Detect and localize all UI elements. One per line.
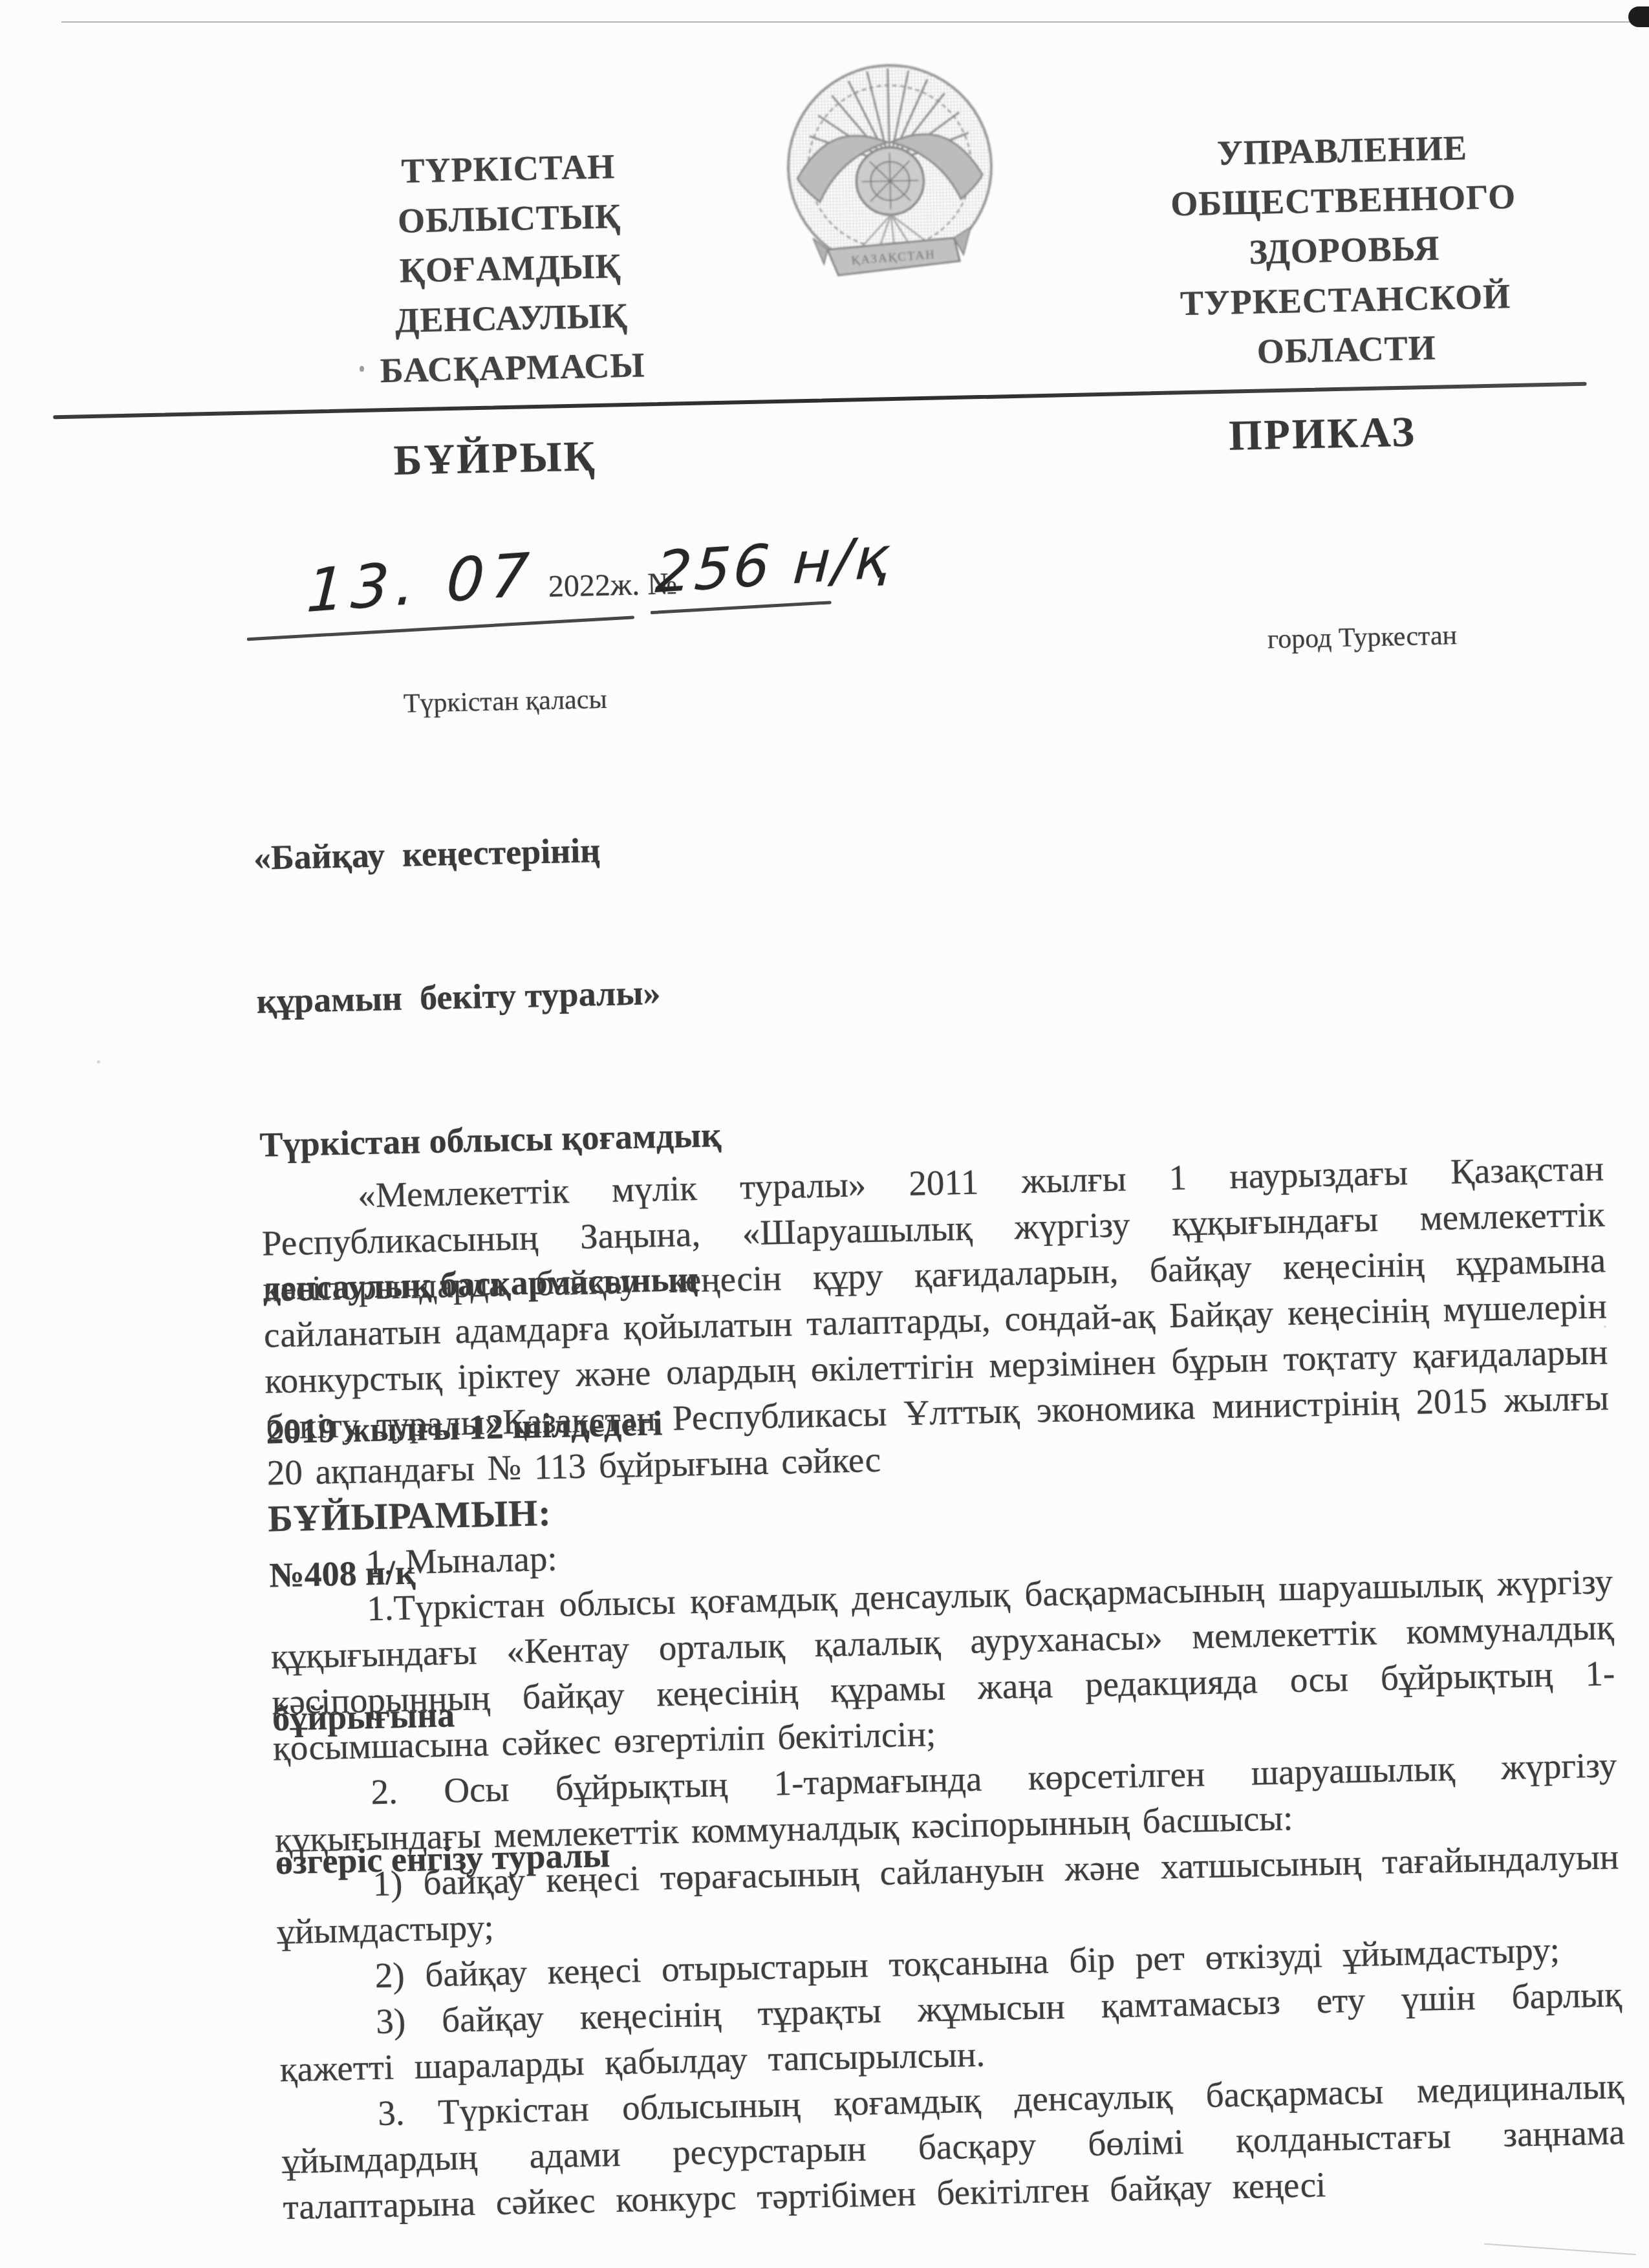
org-name-russian: УПРАВЛЕНИЕ ОБЩЕСТВЕННОГО ЗДОРОВЬЯ ТУРКЕС… <box>1064 120 1625 381</box>
org-line: БАСҚАРМАСЫ <box>279 338 746 398</box>
scanned-order-document: ТҮРКІСТАН ОБЛЫСТЫҚ ҚОҒАМДЫҚ ДЕНСАУЛЫҚ БА… <box>0 0 1649 2268</box>
subject-line: құрамын бекіту туралы» <box>256 963 890 1025</box>
place-kazakh: Түркістан қаласы <box>403 684 607 720</box>
org-name-kazakh: ТҮРКІСТАН ОБЛЫСТЫҚ ҚОҒАМДЫҚ ДЕНСАУЛЫҚ БА… <box>275 139 746 398</box>
body-paragraph-preamble: «Мемлекеттік мүлік туралы» 2011 жылғы 1 … <box>261 1145 1610 1495</box>
order-title-kazakh: БҰЙРЫҚ <box>359 431 632 486</box>
handwritten-order-number: 256 н/қ <box>654 524 894 606</box>
place-russian: город Туркестан <box>1267 620 1458 655</box>
body-paragraph: 1.Түркістан облысы қоғамдық денсаулық ба… <box>270 1558 1617 1771</box>
subject-line: Түркістан облысы қоғамдық <box>259 1107 894 1168</box>
handwritten-date: 13. 07 <box>305 540 537 626</box>
kazakhstan-coat-of-arms-icon: ҚАЗАҚСТАН <box>781 54 999 285</box>
subject-line: «Байқау кеңестерінің <box>253 820 887 881</box>
scan-streak <box>1484 2243 1636 2255</box>
order-body: «Мемлекеттік мүлік туралы» 2011 жылғы 1 … <box>261 1145 1626 2230</box>
order-title-russian: ПРИКАЗ <box>1212 407 1433 461</box>
body-paragraph: 3. Түркістан облысының қоғамдық денсаулы… <box>281 2063 1626 2230</box>
